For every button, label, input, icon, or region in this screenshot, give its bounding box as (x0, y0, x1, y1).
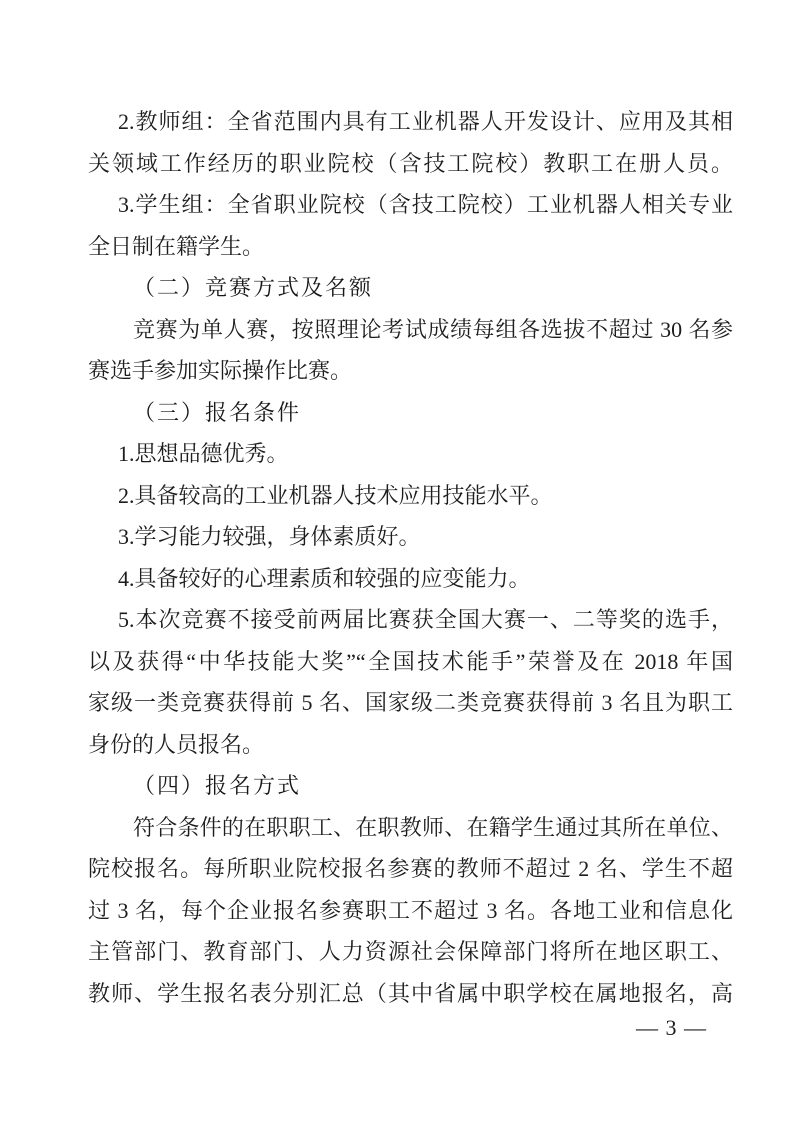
body-line: 全日制在籍学生。 (88, 226, 733, 268)
body-line: 关领域工作经历的职业院校（含技工院校）教职工在册人员。 (88, 143, 733, 185)
body-line: 5.本次竞赛不接受前两届比赛获全国大赛一、二等奖的选手， (88, 599, 733, 641)
body-line: 身份的人员报名。 (88, 724, 733, 766)
body-line: 家级一类竞赛获得前 5 名、国家级二类竞赛获得前 3 名且为职工 (88, 682, 733, 724)
section-heading: （三）报名条件 (88, 392, 733, 434)
page-number: — 3 — (636, 1014, 707, 1042)
section-heading: （四）报名方式 (88, 765, 733, 807)
body-line: 教师、学生报名表分别汇总（其中省属中职学校在属地报名，高 (88, 973, 733, 1015)
body-line: 2.具备较高的工业机器人技术应用技能水平。 (88, 475, 733, 517)
body-line: 赛选手参加实际操作比赛。 (88, 350, 733, 392)
body-line: 1.思想品德优秀。 (88, 433, 733, 475)
body-line: 3.学生组：全省职业院校（含技工院校）工业机器人相关专业 (88, 184, 733, 226)
body-line: 竞赛为单人赛，按照理论考试成绩每组各选拔不超过 30 名参 (88, 309, 733, 351)
body-line: 主管部门、教育部门、人力资源社会保障部门将所在地区职工、 (88, 931, 733, 973)
body-line: 3.学习能力较强，身体素质好。 (88, 516, 733, 558)
body-line: 院校报名。每所职业院校报名参赛的教师不超过 2 名、学生不超 (88, 848, 733, 890)
document-page: 2.教师组：全省范围内具有工业机器人开发设计、应用及其相 关领域工作经历的职业院… (0, 0, 793, 1122)
body-line: 2.教师组：全省范围内具有工业机器人开发设计、应用及其相 (88, 101, 733, 143)
body-line: 以及获得“中华技能大奖”“全国技术能手”荣誉及在 2018 年国 (88, 641, 733, 683)
body-line: 符合条件的在职职工、在职教师、在籍学生通过其所在单位、 (88, 807, 733, 849)
document-body: 2.教师组：全省范围内具有工业机器人开发设计、应用及其相 关领域工作经历的职业院… (88, 101, 733, 1014)
section-heading: （二）竞赛方式及名额 (88, 267, 733, 309)
body-line: 过 3 名，每个企业报名参赛职工不超过 3 名。各地工业和信息化 (88, 890, 733, 932)
body-line: 4.具备较好的心理素质和较强的应变能力。 (88, 558, 733, 600)
